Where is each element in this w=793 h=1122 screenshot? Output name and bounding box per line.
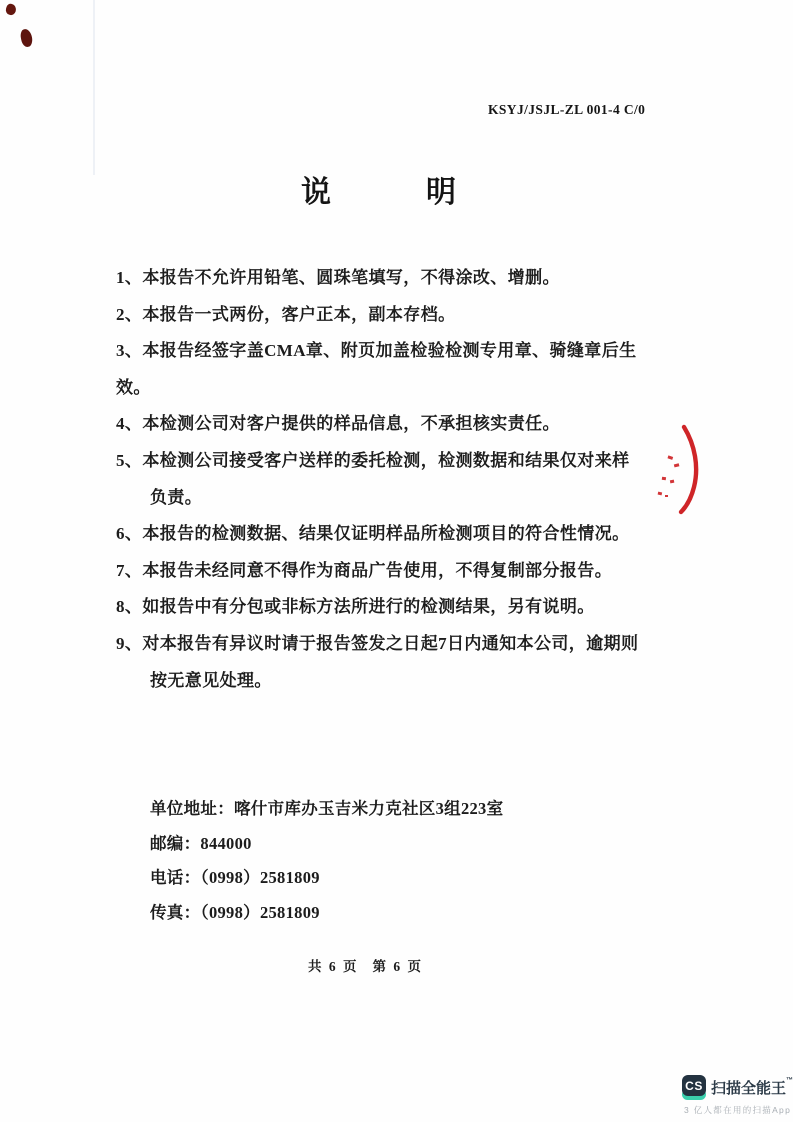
note-item: 7、本报告未经同意不得作为商品广告使用，不得复制部分报告。 <box>116 553 668 590</box>
note-line: 8、如报告中有分包或非标方法所进行的检测结果，另有说明。 <box>116 589 668 626</box>
note-number: 6、 <box>116 524 142 543</box>
note-line: 2、本报告一式两份，客户正本，副本存档。 <box>116 297 668 334</box>
note-text: 本报告不允许用铅笔、圆珠笔填写，不得涂改、增删。 <box>142 268 560 287</box>
camscanner-app-name: 扫描全能王™ <box>711 1077 793 1098</box>
note-item: 9、对本报告有异议时请于报告签发之日起7日内通知本公司，逾期则 按无意见处理。 <box>116 626 668 699</box>
note-item: 5、本检测公司接受客户送样的委托检测，检测数据和结果仅对来样 负责。 <box>116 443 668 516</box>
contact-phone: 电话：（0998）2581809 <box>150 861 503 896</box>
note-item: 2、本报告一式两份，客户正本，副本存档。 <box>116 297 668 334</box>
camscanner-logo-icon: CS <box>682 1075 706 1100</box>
current-page: 第 6 页 <box>373 959 424 974</box>
note-line: 4、本检测公司对客户提供的样品信息，不承担核实责任。 <box>116 406 668 443</box>
note-item: 6、本报告的检测数据、结果仅证明样品所检测项目的符合性情况。 <box>116 516 668 553</box>
document-code: KSYJ/JSJL-ZL 001-4 C/0 <box>488 102 645 118</box>
note-item: 8、如报告中有分包或非标方法所进行的检测结果，另有说明。 <box>116 589 668 626</box>
note-text-line2: 负责。 <box>150 480 668 517</box>
title-char: 明 <box>426 167 456 211</box>
page-title: 说 明 <box>0 167 775 211</box>
notes-list: 1、本报告不允许用铅笔、圆珠笔填写，不得涂改、增删。 2、本报告一式两份，客户正… <box>116 260 668 699</box>
corner-ink-mark <box>19 28 33 48</box>
contact-postcode: 邮编：844000 <box>150 827 503 862</box>
note-text: 本报告的检测数据、结果仅证明样品所检测项目的符合性情况。 <box>142 524 629 543</box>
note-number: 1、 <box>116 268 142 287</box>
note-number: 7、 <box>116 561 142 580</box>
note-item: 4、本检测公司对客户提供的样品信息，不承担核实责任。 <box>116 406 668 443</box>
note-item: 3、本报告经签字盖CMA章、附页加盖检验检测专用章、骑缝章后生效。 <box>116 333 668 406</box>
red-seal-fragment <box>648 410 712 528</box>
logo-cs-badge: CS <box>682 1075 706 1096</box>
note-line: 3、本报告经签字盖CMA章、附页加盖检验检测专用章、骑缝章后生效。 <box>116 333 668 406</box>
note-number: 4、 <box>116 414 142 433</box>
note-number: 9、 <box>116 634 142 653</box>
note-text: 本检测公司接受客户送样的委托检测，检测数据和结果仅对来样 <box>142 451 629 470</box>
note-text: 本报告经签字盖CMA章、附页加盖检验检测专用章、骑缝章后生效。 <box>116 341 637 397</box>
title-char: 说 <box>301 167 331 211</box>
note-number: 3、 <box>116 341 142 360</box>
note-text: 本检测公司对客户提供的样品信息，不承担核实责任。 <box>142 414 560 433</box>
contact-address: 单位地址：喀什市库办玉吉米力克社区3组223室 <box>150 792 503 827</box>
contact-block: 单位地址：喀什市库办玉吉米力克社区3组223室 邮编：844000 电话：（09… <box>150 792 503 930</box>
seal-arc <box>681 427 696 512</box>
seal-text-specks <box>658 455 680 497</box>
camscanner-tagline: 3 亿人都在用的扫描App <box>684 1104 790 1116</box>
note-text-line2: 按无意见处理。 <box>150 663 668 700</box>
camscanner-watermark: CS 扫描全能王™ 3 亿人都在用的扫描App <box>682 1075 790 1116</box>
note-number: 8、 <box>116 597 142 616</box>
note-text: 对本报告有异议时请于报告签发之日起7日内通知本公司，逾期则 <box>142 634 638 653</box>
note-number: 5、 <box>116 451 142 470</box>
note-item: 1、本报告不允许用铅笔、圆珠笔填写，不得涂改、增删。 <box>116 260 668 297</box>
note-line: 7、本报告未经同意不得作为商品广告使用，不得复制部分报告。 <box>116 553 668 590</box>
page-number-footer: 共 6 页第 6 页 <box>308 955 423 975</box>
note-text: 如报告中有分包或非标方法所进行的检测结果，另有说明。 <box>142 597 594 616</box>
note-number: 2、 <box>116 305 142 324</box>
note-line: 6、本报告的检测数据、结果仅证明样品所检测项目的符合性情况。 <box>116 516 668 553</box>
note-line: 1、本报告不允许用铅笔、圆珠笔填写，不得涂改、增删。 <box>116 260 668 297</box>
note-text: 本报告一式两份，客户正本，副本存档。 <box>142 305 455 324</box>
note-line: 5、本检测公司接受客户送样的委托检测，检测数据和结果仅对来样 <box>116 443 668 480</box>
total-pages: 共 6 页 <box>308 959 359 974</box>
corner-ink-mark <box>5 3 18 16</box>
contact-fax: 传真：（0998）2581809 <box>150 896 503 931</box>
note-text: 本报告未经同意不得作为商品广告使用，不得复制部分报告。 <box>142 561 612 580</box>
note-line: 9、对本报告有异议时请于报告签发之日起7日内通知本公司，逾期则 <box>116 626 668 663</box>
scanner-streak-artifact <box>93 0 95 175</box>
scanned-report-page: KSYJ/JSJL-ZL 001-4 C/0 说 明 1、本报告不允许用铅笔、圆… <box>0 0 793 1122</box>
trademark-symbol: ™ <box>786 1077 793 1084</box>
